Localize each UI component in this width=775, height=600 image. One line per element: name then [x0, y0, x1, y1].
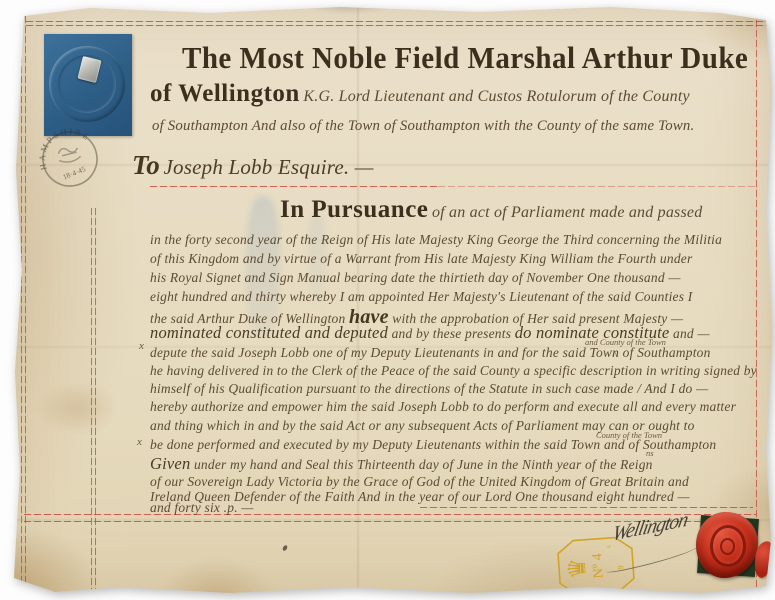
manuscript-line: himself of his Qualification pursuant to…: [150, 381, 708, 397]
manuscript-text: and —: [669, 326, 709, 341]
manuscript-text: nominated constituted and deputed: [150, 323, 388, 342]
parchment-sheet: HAMPSHIRE 18·4·45 The Most Noble Field M…: [0, 0, 775, 600]
title-offices: K.G. Lord Lieutenant and Custos Rotuloru…: [303, 88, 689, 105]
superscript-correction: ns: [646, 448, 654, 458]
recipient-underline: [150, 186, 438, 187]
manuscript-text: of an act of Parliament made and passed: [432, 204, 702, 221]
manuscript-line: depute the said Joseph Lobb one of my De…: [150, 345, 711, 361]
fold-crease-horizontal: [0, 163, 775, 167]
left-edge-rule: [25, 16, 26, 588]
manuscript-line: his Royal Signet and Sign Manual bearing…: [150, 270, 681, 286]
left-margin-rule: [91, 208, 92, 594]
top-rule-line: [26, 25, 768, 26]
recipient-name: Joseph Lobb Esquire. —: [164, 155, 374, 179]
crown-icon: ♛: [564, 557, 591, 580]
manuscript-line: in the forty second year of the Reign of…: [150, 232, 722, 248]
manuscript-line: Given under my hand and Seal this Thirte…: [150, 455, 653, 474]
postmark-date: 18·4·45: [61, 164, 87, 181]
interlinear-insertion: and County of the Town: [585, 337, 666, 347]
parchment-surface: HAMPSHIRE 18·4·45 The Most Noble Field M…: [0, 0, 775, 600]
margin-pen-mark: x: [137, 436, 142, 448]
closing-dash-rule: [420, 507, 753, 508]
left-edge-rule: [21, 16, 22, 588]
manuscript-text: under my hand and Seal this Thirteenth d…: [190, 457, 652, 472]
title-wellington: of Wellington: [150, 80, 300, 107]
title-line-2: of Wellington K.G. Lord Lieutenant and C…: [150, 80, 690, 109]
left-margin-rule: [95, 208, 96, 594]
manuscript-line: and forty six .p. —: [150, 500, 254, 516]
interlinear-insertion: County of the Town: [596, 430, 662, 440]
manuscript-line: of this Kingdom and by virtue of a Warra…: [150, 251, 692, 267]
title-line-1: The Most Noble Field Marshal Arthur Duke: [182, 40, 748, 76]
manuscript-line: he having delivered in to the Clerk of t…: [150, 363, 757, 379]
right-edge-rule: [756, 20, 757, 588]
margin-pen-mark: x: [139, 340, 144, 352]
manuscript-line: of our Sovereign Lady Victoria by the Gr…: [150, 474, 689, 490]
title-line-3: of Southampton And also of the Town of S…: [152, 118, 694, 135]
bottom-rule-line: [24, 514, 756, 515]
document-photo: HAMPSHIRE 18·4·45 The Most Noble Field M…: [0, 0, 775, 600]
recipient-line: To Joseph Lobb Esquire. —: [132, 150, 374, 181]
manuscript-line: hereby authorize and empower him the sai…: [150, 399, 736, 415]
top-rule-line: [26, 21, 768, 22]
caret-mark: ^: [612, 350, 616, 361]
manuscript-line: eight hundred and thirty whereby I am ap…: [150, 289, 692, 305]
postmark-crest-icon: [56, 145, 81, 164]
recipient-underline: [438, 186, 758, 187]
manuscript-line: In Pursuance of an act of Parliament mad…: [280, 196, 702, 225]
in-pursuance-gothic: In Pursuance: [280, 196, 428, 223]
manuscript-text: and by these presents: [388, 326, 515, 341]
recipient-to: To: [132, 150, 160, 180]
manuscript-text: Given: [150, 454, 190, 473]
